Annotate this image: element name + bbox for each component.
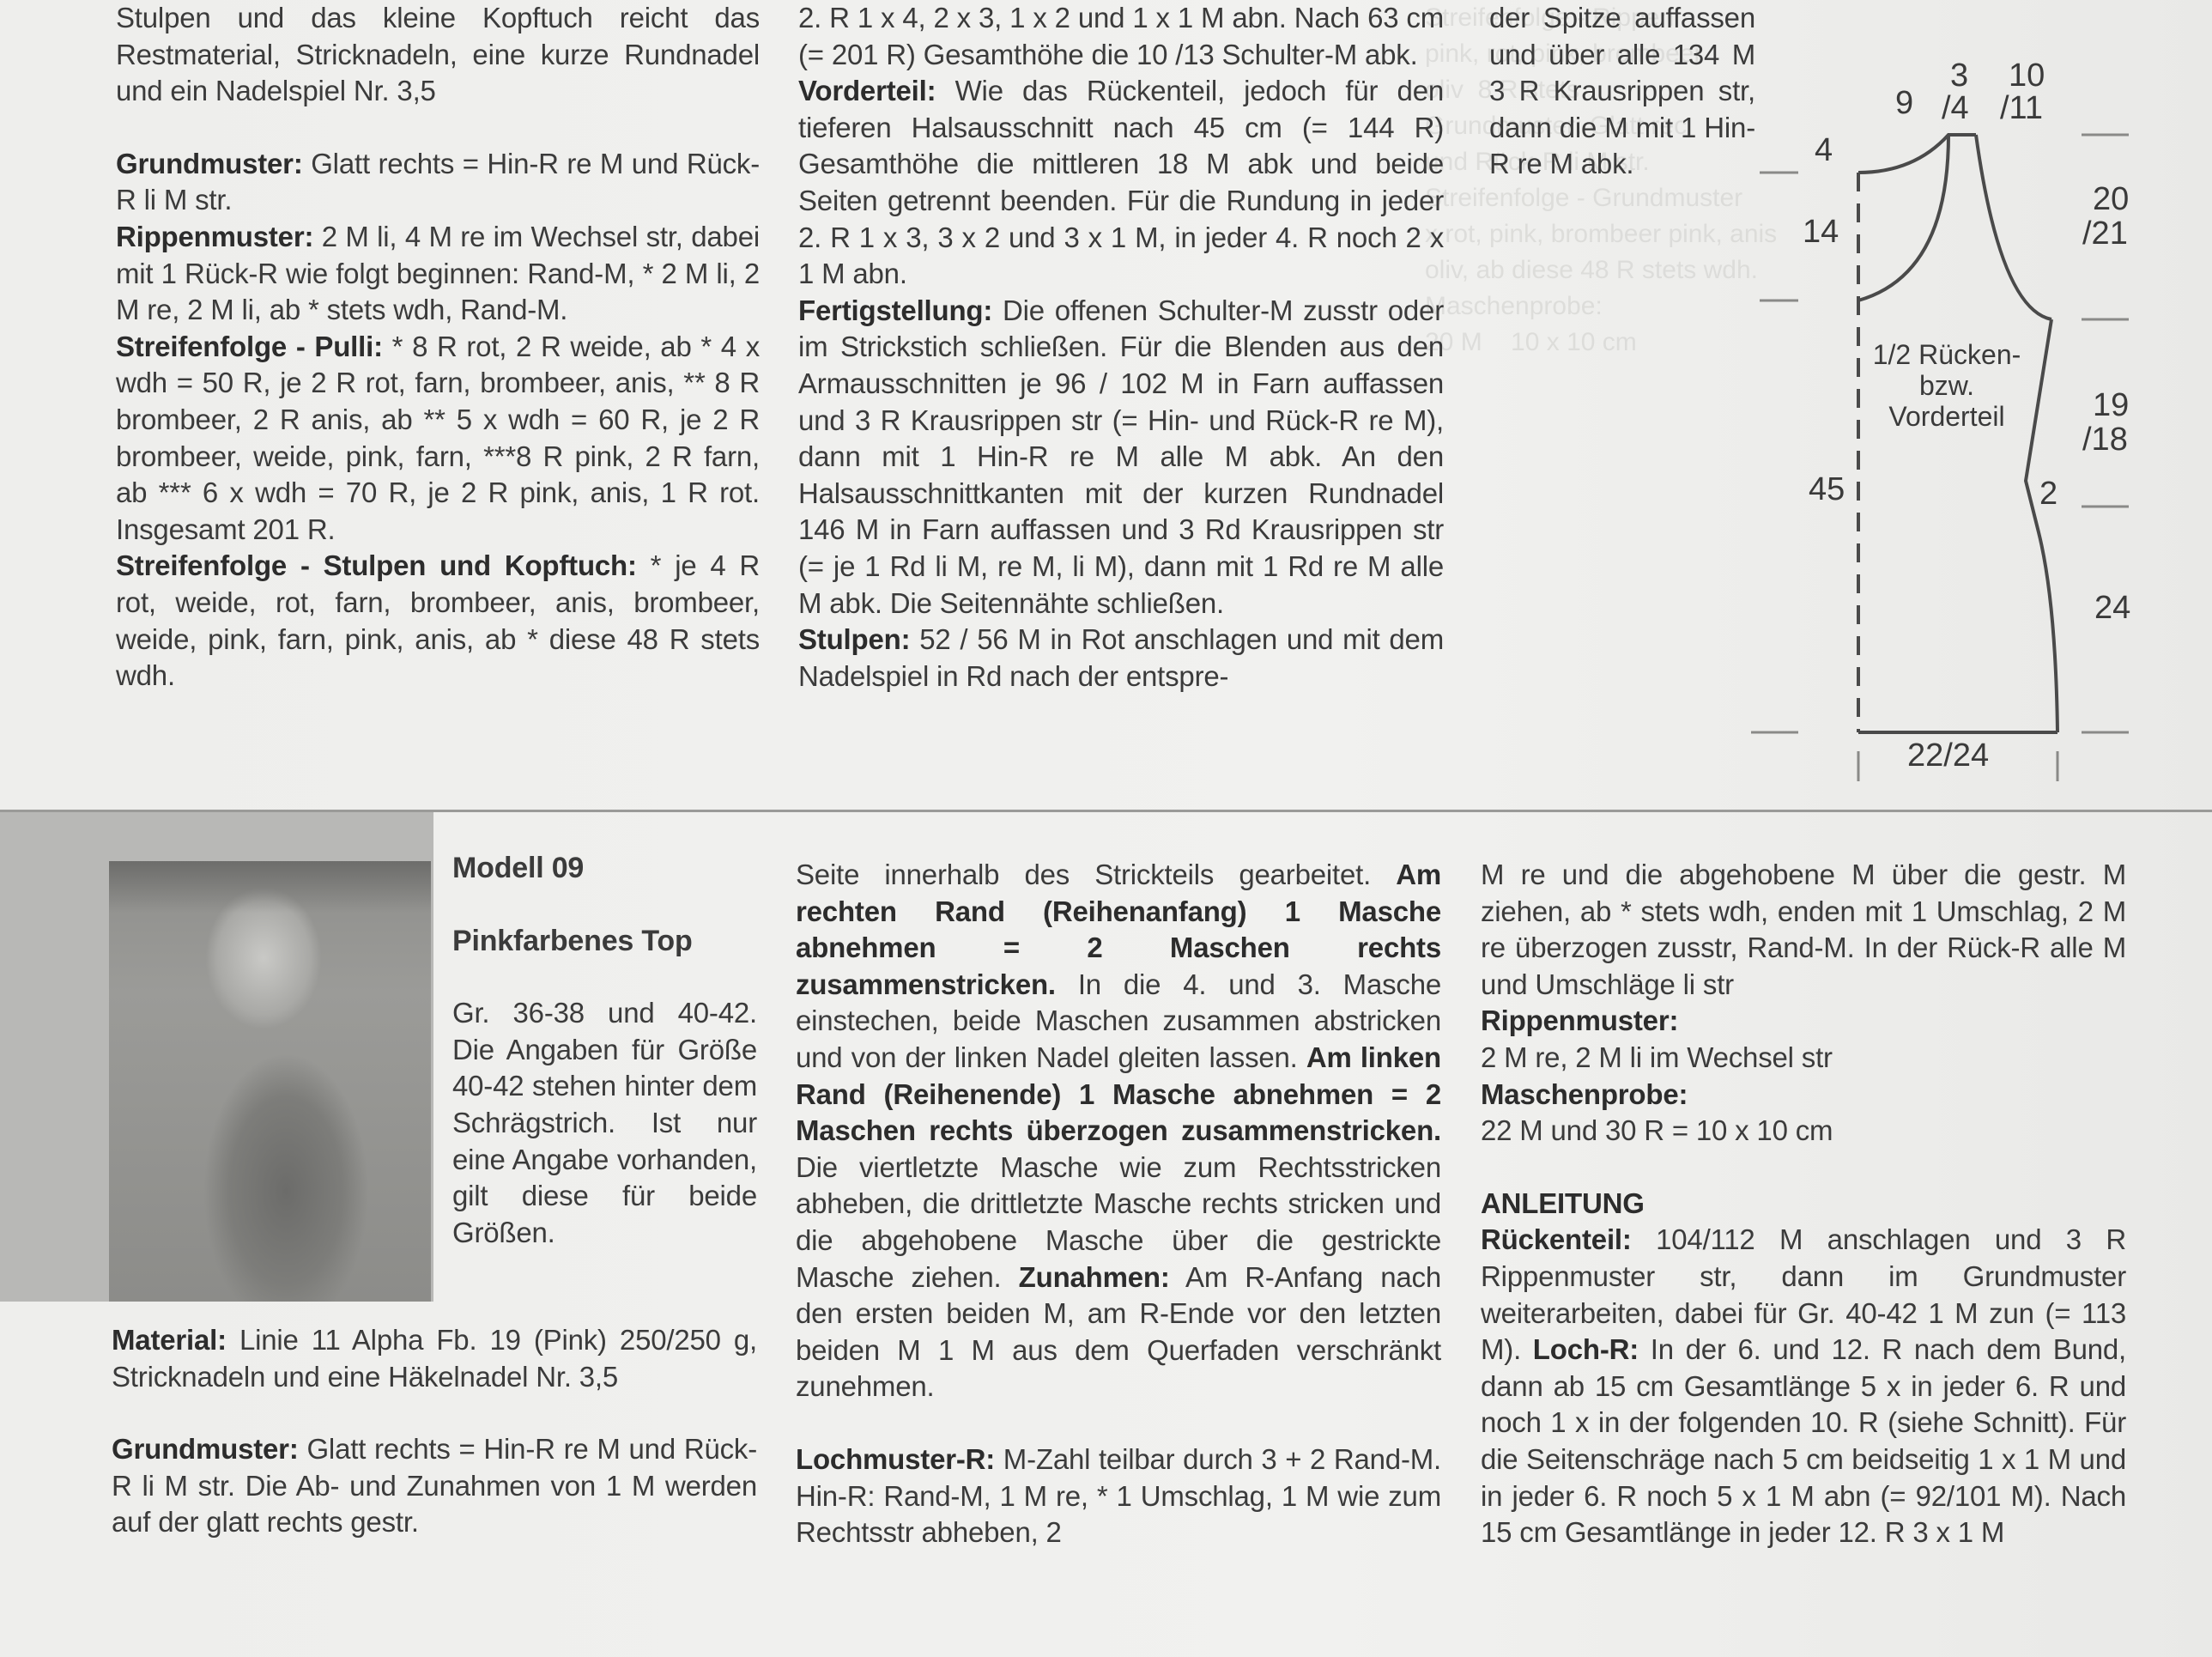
rippenmuster-text: 2 M re, 2 M li im Wechsel str <box>1481 1040 2126 1077</box>
anleitung-heading: ANLEITUNG <box>1481 1186 2126 1223</box>
fertigstellung-paragraph: Fertigstellung: Die offenen Schulter-M z… <box>798 293 1444 622</box>
lochmuster-paragraph: Lochmuster-R: M-Zahl teilbar durch 3 + 2… <box>796 1442 1441 1551</box>
model-intro: Modell 09 Pinkfarbenes Top Gr. 36-38 und… <box>452 850 757 1251</box>
grundmuster-label-2: Grundmuster: <box>112 1433 299 1465</box>
dim-top-right-b: /11 <box>2000 91 2043 125</box>
dim-top-left: 9 <box>1895 86 1913 120</box>
top-column-2: 2. R 1 x 4, 2 x 3, 1 x 2 und 1 x 1 M abn… <box>798 0 1444 695</box>
bottom-column-3: M re und die abgehobene M über die gestr… <box>1481 857 2126 1551</box>
pattern-schematic: 9 3 /4 10 /11 4 14 20 /21 1/2 Rücken- bz… <box>1751 52 2163 807</box>
lochmuster-label: Lochmuster-R: <box>796 1443 995 1475</box>
rippenmuster-heading: Rippenmuster: <box>1481 1003 2126 1040</box>
loch-r-label: Loch-R: <box>1533 1333 1639 1365</box>
model-photo <box>109 861 431 1302</box>
dim-armhole-right-a: 20 <box>2093 182 2129 216</box>
zunahmen-label: Zunahmen: <box>1019 1261 1170 1293</box>
vorderteil-label: Vorderteil: <box>798 75 936 106</box>
dim-bottom-side: 24 <box>2094 591 2130 625</box>
kopftuch-continuation: der Spitze auffassen und über alle 134 M… <box>1489 0 1755 183</box>
streifenfolge-pulli-paragraph: Streifenfolge - Pulli: * 8 R rot, 2 R we… <box>116 329 760 549</box>
rippenmuster-label: Rippenmuster: <box>116 221 313 252</box>
rippenmuster-paragraph: Rippenmuster: 2 M li, 4 M re im Wechsel … <box>116 219 760 329</box>
vorderteil-paragraph: Vorderteil: Wie das Rückenteil, jedoch f… <box>798 73 1444 293</box>
model-sizes: Gr. 36-38 und 40-42. Die Angaben für Grö… <box>452 995 757 1251</box>
grundmuster-label: Grundmuster: <box>116 148 303 179</box>
dim-total-height: 45 <box>1809 472 1845 507</box>
fertigstellung-label: Fertigstellung: <box>798 294 992 326</box>
model-title: Pinkfarbenes Top <box>452 923 757 960</box>
grundmuster-paragraph: Grundmuster: Glatt rechts = Hin-R re M u… <box>116 146 760 219</box>
maschenprobe-heading: Maschenprobe: <box>1481 1077 2126 1114</box>
maschenprobe-text: 22 M und 30 R = 10 x 10 cm <box>1481 1113 2126 1150</box>
rueckenteil-continuation: 2. R 1 x 4, 2 x 3, 1 x 2 und 1 x 1 M abn… <box>798 0 1444 73</box>
rueckenteil-paragraph: Rückenteil: 104/112 M anschlagen und 3 R… <box>1481 1222 2126 1551</box>
dim-armhole-left: 14 <box>1803 215 1839 249</box>
top-column-3: der Spitze auffassen und über alle 134 M… <box>1489 0 1755 183</box>
bottom-column-1: Material: Linie 11 Alpha Fb. 19 (Pink) 2… <box>112 1322 757 1541</box>
streifenfolge-pulli-label: Streifenfolge - Pulli: <box>116 331 383 362</box>
model-number: Modell 09 <box>452 850 757 887</box>
dim-top-mid-b: /4 <box>1942 91 1969 125</box>
dim-side-b: /18 <box>2082 422 2128 457</box>
dim-armhole-right-b: /21 <box>2082 216 2128 251</box>
grundmuster-paragraph-2: Grundmuster: Glatt rechts = Hin-R re M u… <box>112 1431 757 1541</box>
abnahmen-paragraph: Seite innerhalb des Strickteils gearbeit… <box>796 857 1441 1405</box>
rueckenteil-label: Rückenteil: <box>1481 1223 1632 1255</box>
dim-width: 22/24 <box>1907 738 1989 773</box>
bottom-column-2: Seite innerhalb des Strickteils gearbeit… <box>796 857 1441 1551</box>
dim-top-right-a: 10 <box>2009 58 2045 93</box>
schematic-label: 1/2 Rücken- bzw. Vorderteil <box>1861 339 2033 432</box>
stulpen-paragraph: Stulpen: 52 / 56 M in Rot anschlagen und… <box>798 622 1444 695</box>
dim-side-a: 19 <box>2093 388 2129 422</box>
streifenfolge-stulpen-label: Streifenfolge - Stulpen und Kopftuch: <box>116 549 637 581</box>
material-label: Material: <box>112 1324 227 1356</box>
lochmuster-continuation: M re und die abgehobene M über die gestr… <box>1481 857 2126 1003</box>
material-paragraph: Material: Linie 11 Alpha Fb. 19 (Pink) 2… <box>112 1322 757 1395</box>
stulpen-label: Stulpen: <box>798 623 910 655</box>
dim-top-mid-a: 3 <box>1950 58 1968 93</box>
streifenfolge-stulpen-paragraph: Streifenfolge - Stulpen und Kopftuch: * … <box>116 548 760 694</box>
dim-neck-depth: 4 <box>1815 133 1833 167</box>
top-column-1: Stulpen und das kleine Kopftuch reicht d… <box>116 0 760 695</box>
materials-intro: Stulpen und das kleine Kopftuch reicht d… <box>116 0 760 110</box>
dim-waist: 2 <box>2039 476 2057 511</box>
